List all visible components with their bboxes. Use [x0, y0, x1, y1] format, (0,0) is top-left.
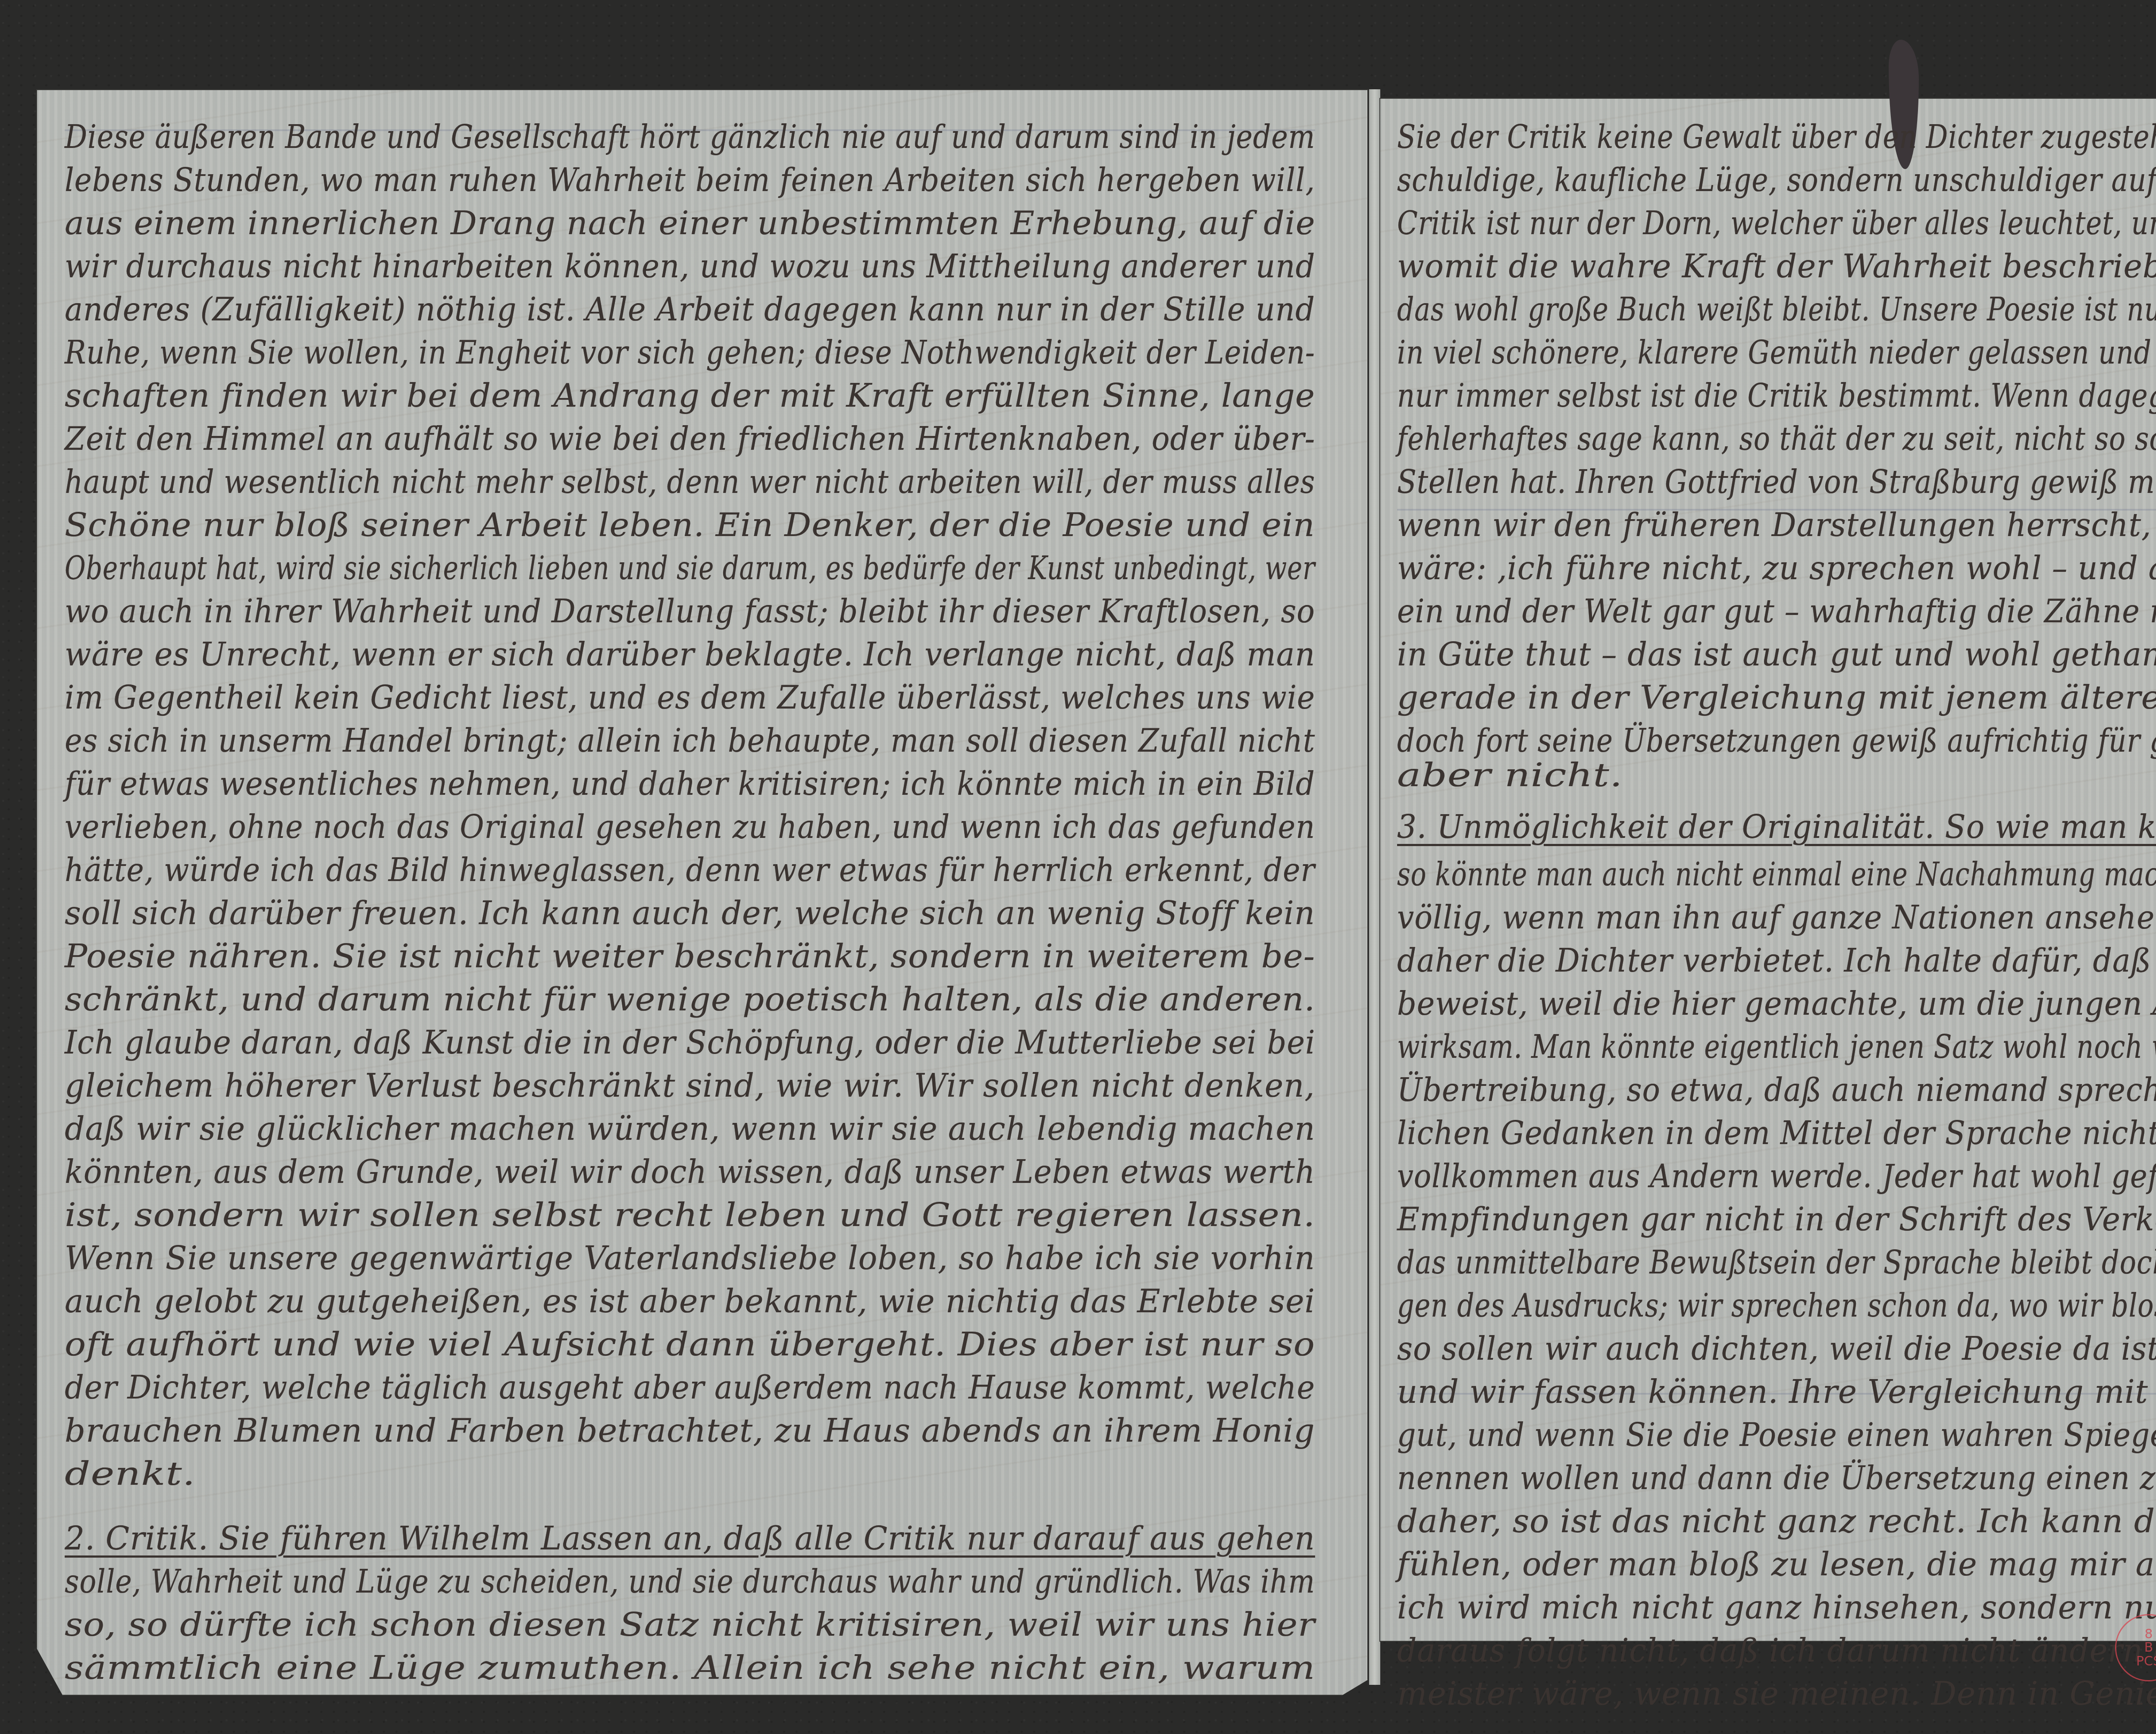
manuscript-line: denkt.: [65, 1455, 196, 1493]
manuscript-line: Oberhaupt hat, wird sie sicherlich liebe…: [65, 550, 1315, 587]
manuscript-line: doch fort seine Übersetzungen gewiß aufr…: [1397, 722, 2156, 759]
section-heading-originalitaet: 3. Unmöglichkeit der Originalität. So wi…: [1397, 809, 2156, 846]
manuscript-line: und wir fassen können. Ihre Vergleichung…: [1397, 1373, 2156, 1411]
ink-bleedthrough: [36, 89, 1368, 1696]
manuscript-line: schaften finden wir bei dem Andrang der …: [65, 377, 1315, 414]
manuscript-line: hätte, würde ich das Bild hinweglassen, …: [65, 852, 1315, 889]
manuscript-line: könnten, aus dem Grunde, weil wir doch w…: [65, 1154, 1315, 1191]
manuscript-line: brauchen Blumen und Farben betrachtet, z…: [65, 1412, 1315, 1449]
manuscript-line: vollkommen aus Andern werde. Jeder hat w…: [1397, 1158, 2156, 1195]
manuscript-line: daher, so ist das nicht ganz recht. Ich …: [1397, 1503, 2156, 1540]
manuscript-line: Empfindungen gar nicht in der Schrift de…: [1397, 1201, 2156, 1238]
manuscript-line: Schöne nur bloß seiner Arbeit leben. Ein…: [65, 507, 1315, 544]
manuscript-line: im Gegentheil kein Gedicht liest, und es…: [65, 679, 1315, 716]
manuscript-line: haupt und wesentlich nicht mehr selbst, …: [65, 464, 1315, 501]
manuscript-line: fehlerhaftes sage kann, so thät der zu s…: [1397, 420, 2156, 458]
manuscript-line: schuldige, kaufliche Lüge, sondern unsch…: [1397, 162, 2156, 199]
manuscript-line: aber nicht.: [1397, 757, 1623, 794]
manuscript-line: Ruhe, wenn Sie wollen, in Engheit vor si…: [65, 334, 1315, 371]
manuscript-line: Übertreibung, so etwa, daß auch niemand …: [1397, 1072, 2156, 1109]
manuscript-line: schränkt, und darum nicht für wenige poe…: [65, 981, 1315, 1018]
manuscript-line: nur immer selbst ist die Critik bestimmt…: [1397, 377, 2156, 414]
manuscript-line: Diese äußeren Bande und Gesellschaft hör…: [65, 119, 1315, 156]
manuscript-line: verlieben, ohne noch das Original gesehe…: [65, 809, 1315, 846]
manuscript-line: lebens Stunden, wo man ruhen Wahrheit be…: [65, 162, 1315, 199]
stamp-text: 8: [2144, 1627, 2153, 1641]
manuscript-line: ein und der Welt gar gut – wahrhaftig di…: [1397, 593, 2156, 630]
manuscript-line: so, so dürfte ich schon diesen Satz nich…: [65, 1606, 1315, 1643]
manuscript-line: anderes (Zufälligkeit) nöthig ist. Alle …: [65, 291, 1315, 328]
manuscript-line: gen des Ausdrucks; wir sprechen schon da…: [1397, 1287, 2156, 1324]
manuscript-line: wäre: ‚ich führe nicht, zu sprechen wohl…: [1397, 550, 2156, 587]
manuscript-line: daher die Dichter verbietet. Ich halte d…: [1397, 942, 2156, 979]
manuscript-line: so könnte man auch nicht einmal eine Nac…: [1397, 856, 2156, 893]
manuscript-line: gut, und wenn Sie die Poesie einen wahre…: [1397, 1417, 2156, 1454]
manuscript-line: Stellen hat. Ihren Gottfried von Straßbu…: [1397, 464, 2156, 501]
section-heading-critik: 2. Critik. Sie führen Wilhelm Lassen an,…: [65, 1520, 1315, 1557]
manuscript-line: wir durchaus nicht hinarbeiten können, u…: [65, 248, 1315, 285]
stamp-text: PCS: [2136, 1655, 2156, 1668]
manuscript-line: das unmittelbare Bewußtsein der Sprache …: [1397, 1244, 2156, 1281]
manuscript-line: oft aufhört und wie viel Aufsicht dann ü…: [65, 1326, 1315, 1363]
manuscript-line: womit die wahre Kraft der Wahrheit besch…: [1397, 248, 2156, 285]
manuscript-line: gleichem höherer Verlust beschränkt sind…: [65, 1067, 1315, 1104]
manuscript-line: Critik ist nur der Dorn, welcher über al…: [1397, 205, 2156, 242]
manuscript-line: ich wird mich nicht ganz hinsehen, sonde…: [1397, 1589, 2156, 1626]
page-fold: [1369, 89, 1380, 1685]
manuscript-line: in Güte thut – das ist auch gut und wohl…: [1397, 636, 2156, 673]
manuscript-line: Sie der Critik keine Gewalt über den Dic…: [1397, 119, 2156, 156]
manuscript-line: beweist, weil die hier gemachte, um die …: [1397, 985, 2156, 1022]
manuscript-line: gerade in der Vergleichung mit jenem ält…: [1397, 679, 2156, 716]
manuscript-line: wäre es Unrecht, wenn er sich darüber be…: [65, 636, 1315, 673]
manuscript-line: wo auch in ihrer Wahrheit und Darstellun…: [65, 593, 1315, 630]
manuscript-line: fühlen, oder man bloß zu lesen, die mag …: [1397, 1546, 2156, 1583]
manuscript-line: wenn wir den früheren Darstellungen herr…: [1397, 507, 2156, 544]
manuscript-line: sämmtlich eine Lüge zumuthen. Allein ich…: [65, 1649, 1315, 1687]
stamp-text: B: [2144, 1641, 2153, 1655]
manuscript-line: das wohl große Buch weißt bleibt. Unsere…: [1397, 291, 2156, 328]
manuscript-line: ist, sondern wir sollen selbst recht leb…: [65, 1197, 1315, 1234]
left-manuscript-page: [36, 89, 1368, 1696]
manuscript-line: nennen wollen und dann die Übersetzung e…: [1397, 1460, 2156, 1497]
manuscript-line: daß wir sie glücklicher machen würden, w…: [65, 1110, 1315, 1148]
manuscript-line: aus einem innerlichen Drang nach einer u…: [65, 205, 1315, 242]
manuscript-line: auch gelobt zu gutgeheißen, es ist aber …: [65, 1283, 1315, 1320]
manuscript-line: Zeit den Himmel an aufhält so wie bei de…: [65, 420, 1315, 458]
manuscript-line: lichen Gedanken in dem Mittel der Sprach…: [1397, 1115, 2156, 1152]
manuscript-line: in viel schönere, klarere Gemüth nieder …: [1397, 334, 2156, 371]
manuscript-line: solle, Wahrheit und Lüge zu scheiden, un…: [65, 1563, 1315, 1600]
manuscript-line: wirksam. Man könnte eigentlich jenen Sat…: [1397, 1028, 2156, 1066]
manuscript-line: meister wäre, wenn sie meinen. Denn in G…: [1397, 1675, 2156, 1712]
manuscript-line: daraus folgt nicht, daß ich darum nicht …: [1397, 1632, 2156, 1669]
manuscript-line: der Dichter, welche täglich ausgeht aber…: [65, 1369, 1315, 1406]
manuscript-line: soll sich darüber freuen. Ich kann auch …: [65, 895, 1315, 932]
manuscript-line: völlig, wenn man ihn auf ganze Nationen …: [1397, 899, 2156, 936]
manuscript-line: Poesie nähren. Sie ist nicht weiter besc…: [65, 938, 1315, 975]
manuscript-line: es sich in unserm Handel bringt; allein …: [65, 722, 1315, 759]
manuscript-line: so sollen wir auch dichten, weil die Poe…: [1397, 1330, 2156, 1367]
manuscript-line: Ich glaube daran, daß Kunst die in der S…: [65, 1024, 1315, 1061]
manuscript-line: Wenn Sie unsere gegenwärtige Vaterlandsl…: [65, 1240, 1315, 1277]
manuscript-line: für etwas wesentliches nehmen, und daher…: [65, 765, 1315, 803]
